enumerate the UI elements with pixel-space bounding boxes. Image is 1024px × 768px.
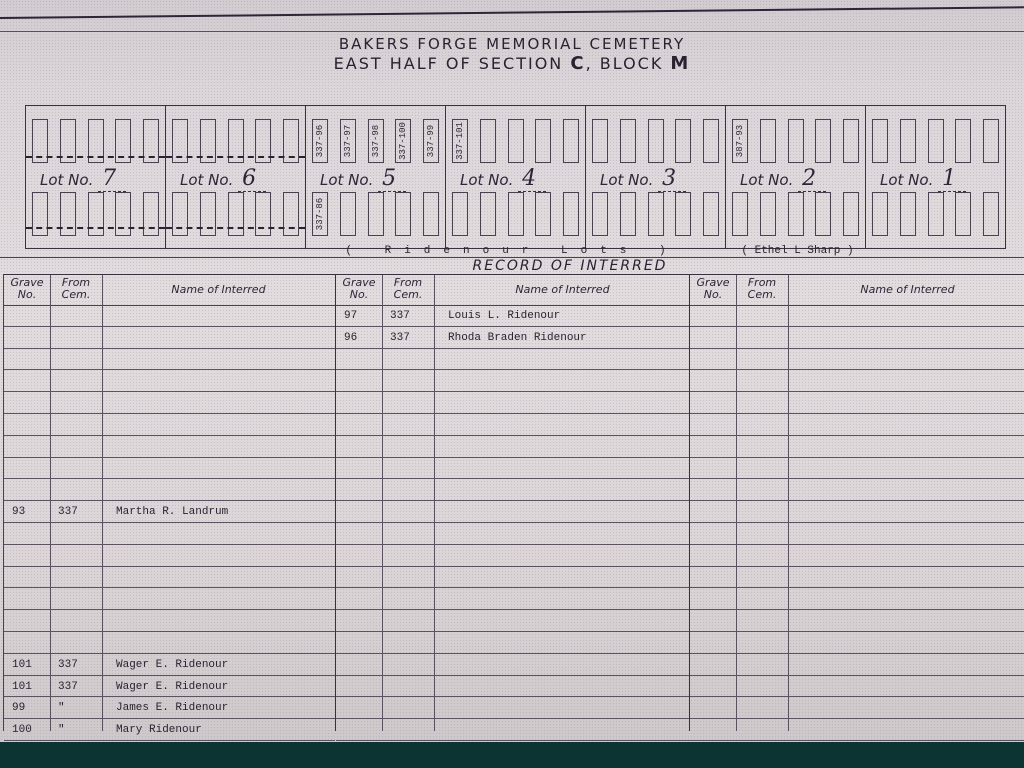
grave-plot: 387-93 [732, 119, 748, 163]
top-rule [0, 6, 1024, 19]
table-row: 99"James E. Ridenour [4, 697, 335, 719]
from-cem: 337 [58, 681, 78, 693]
dashed-line [166, 227, 305, 229]
table-row [336, 436, 690, 458]
grave-label: 337-99 [426, 125, 436, 157]
grave-plot [872, 192, 888, 236]
cemetery-name: BAKERS FORGE MEMORIAL CEMETERY [0, 35, 1024, 53]
grave-plot [703, 192, 719, 236]
table-row [336, 414, 690, 436]
table-row [690, 588, 1024, 610]
lot-label: Lot No. 2 [740, 166, 826, 191]
table-row [336, 458, 690, 480]
table-row [4, 436, 335, 458]
lot-number: 6 [238, 166, 266, 192]
grave-plot [872, 119, 888, 163]
lot-number: 7 [98, 166, 126, 192]
table-row [336, 610, 690, 632]
grave-plot [983, 119, 999, 163]
record-rows: 93337Martha R. Landrum101337Wager E. Rid… [4, 305, 335, 741]
grave-plot [535, 192, 551, 236]
grave-plot [228, 192, 244, 236]
grave-row [592, 192, 719, 236]
interred-name: Martha R. Landrum [116, 506, 228, 518]
table-row [690, 305, 1024, 327]
from-cem: 337 [58, 659, 78, 671]
grave-row [872, 119, 999, 163]
lot-label: Lot No. 3 [600, 166, 686, 191]
grave-plot [955, 119, 971, 163]
grave-plot [115, 192, 131, 236]
grave-plot: 337-101 [452, 119, 468, 163]
interred-name: Louis L. Ridenour [448, 310, 560, 322]
from-cem: 337 [390, 310, 410, 322]
table-row [336, 479, 690, 501]
table-row [4, 610, 335, 632]
table-row: 93337Martha R. Landrum [4, 501, 335, 523]
grave-plot: 337-97 [340, 119, 356, 163]
lot-3: Lot No. 3 [586, 106, 726, 248]
grave-plot: 337-98 [368, 119, 384, 163]
table-row [4, 632, 335, 654]
lot-5: 337-96337-97337-98337-100337-99337-86Lot… [306, 106, 446, 248]
table-row [336, 719, 690, 741]
block-letter: M [670, 53, 690, 74]
grave-plot [592, 192, 608, 236]
column-headers: Grave No.From Cem.Name of Interred [4, 275, 335, 306]
grave-plot [395, 192, 411, 236]
panel-left: Grave No.From Cem.Name of Interred93337M… [4, 275, 335, 731]
grave-plot [788, 192, 804, 236]
table-row [690, 545, 1024, 567]
table-row [4, 588, 335, 610]
table-row [336, 523, 690, 545]
grave-plot [60, 192, 76, 236]
dashed-line [166, 156, 305, 158]
record-rows [690, 305, 1024, 741]
lot-7: Lot No. 7 [26, 106, 166, 248]
grave-plot [955, 192, 971, 236]
grave-row [32, 192, 159, 236]
table-row [690, 479, 1024, 501]
section-letter: C [570, 53, 585, 74]
table-row [336, 501, 690, 523]
grave-row [172, 192, 299, 236]
grave-plot [843, 119, 859, 163]
grave-label: 337-101 [455, 122, 465, 160]
grave-label: 337-97 [343, 125, 353, 157]
from-cem: " [58, 724, 65, 736]
grave-row: 337-96337-97337-98337-100337-99 [312, 119, 439, 163]
grave-plot [648, 119, 664, 163]
interred-name: Mary Ridenour [116, 724, 202, 736]
grave-plot [843, 192, 859, 236]
grave-plot [32, 192, 48, 236]
grave-plot [620, 119, 636, 163]
lot-6: Lot No. 6 [166, 106, 306, 248]
owner-ridenour: ( Ridenour Lots ) [297, 245, 727, 257]
from-cem: 337 [390, 332, 410, 344]
grave-plot [480, 192, 496, 236]
grave-plot [88, 192, 104, 236]
grave-plot [535, 119, 551, 163]
table-row [690, 697, 1024, 719]
grave-row [592, 119, 719, 163]
from-cem: " [58, 702, 65, 714]
grave-plot [900, 119, 916, 163]
section-block-title: EAST HALF OF SECTION C, BLOCK M [0, 53, 1024, 74]
table-row [336, 654, 690, 676]
grave-plot [983, 192, 999, 236]
lot-number: 4 [518, 166, 546, 192]
grave-row: 387-93 [732, 119, 859, 163]
grave-row [732, 192, 859, 236]
lot-label: Lot No. 5 [320, 166, 406, 191]
table-row [690, 501, 1024, 523]
table-row [4, 414, 335, 436]
grave-row [452, 192, 579, 236]
grave-plot [900, 192, 916, 236]
table-row [690, 349, 1024, 371]
grave-plot: 337-86 [312, 192, 328, 236]
table-row [690, 523, 1024, 545]
grave-plot [648, 192, 664, 236]
table-row: 97337Louis L. Ridenour [336, 305, 690, 327]
table-row [690, 719, 1024, 741]
grave-row: 337-101 [452, 119, 579, 163]
table-row [336, 588, 690, 610]
grave-plot: 337-99 [423, 119, 439, 163]
table-row [4, 567, 335, 589]
grave-label: 337-86 [315, 198, 325, 230]
grave-no: 101 [12, 681, 32, 693]
record-title: RECORD OF INTERRED [0, 258, 1024, 274]
lot-number: 1 [938, 166, 966, 192]
lot-owners: ( Ridenour Lots ) ( Ethel L Sharp ) [297, 245, 1004, 257]
grave-no: 97 [344, 310, 357, 322]
panel-right: Grave No.From Cem.Name of Interred [689, 275, 1024, 731]
grave-label: 337-100 [398, 122, 408, 160]
table-row: 100"Mary Ridenour [4, 719, 335, 741]
grave-plot [563, 119, 579, 163]
interred-name: James E. Ridenour [116, 702, 228, 714]
lot-label: Lot No. 4 [460, 166, 546, 191]
grave-plot [675, 192, 691, 236]
table-row: 101337Wager E. Ridenour [4, 676, 335, 698]
lot-4: 337-101Lot No. 4 [446, 106, 586, 248]
background-surface [0, 742, 1024, 768]
table-row [4, 370, 335, 392]
table-row [4, 523, 335, 545]
lot-2: 387-93Lot No. 2 [726, 106, 866, 248]
grave-plot [508, 119, 524, 163]
grave-plot [423, 192, 439, 236]
table-row: 101337Wager E. Ridenour [4, 654, 335, 676]
lot-1: Lot No. 1 [866, 106, 1005, 248]
table-row [690, 370, 1024, 392]
grave-plot [732, 192, 748, 236]
top-rule-2 [0, 31, 1024, 32]
header-grave-no: Grave No. [690, 277, 736, 301]
table-row [4, 305, 335, 327]
table-row [4, 392, 335, 414]
grave-plot [760, 119, 776, 163]
grave-no: 101 [12, 659, 32, 671]
header-from-cem: From Cem. [736, 277, 788, 301]
table-row [336, 545, 690, 567]
header-from-cem: From Cem. [382, 277, 434, 301]
grave-plot [563, 192, 579, 236]
table-row [4, 327, 335, 349]
grave-no: 96 [344, 332, 357, 344]
table-row [4, 458, 335, 480]
grave-plot [620, 192, 636, 236]
header-name: Name of Interred [434, 284, 691, 296]
grave-plot [508, 192, 524, 236]
grave-row: 337-86 [312, 192, 439, 236]
column-headers: Grave No.From Cem.Name of Interred [690, 275, 1024, 306]
grave-row [872, 192, 999, 236]
table-row [690, 414, 1024, 436]
interred-name: Wager E. Ridenour [116, 659, 228, 671]
grave-plot [815, 119, 831, 163]
grave-plot: 337-96 [312, 119, 328, 163]
interred-name: Wager E. Ridenour [116, 681, 228, 693]
grave-plot [760, 192, 776, 236]
table-row [4, 545, 335, 567]
grave-plot [143, 192, 159, 236]
dashed-line [26, 156, 165, 158]
lot-number: 2 [798, 166, 826, 192]
table-row [4, 349, 335, 371]
header-name: Name of Interred [102, 284, 335, 296]
table-row [690, 676, 1024, 698]
table-row [336, 370, 690, 392]
grave-plot [172, 192, 188, 236]
grave-no: 93 [12, 506, 25, 518]
table-row [690, 458, 1024, 480]
record-sheet: BAKERS FORGE MEMORIAL CEMETERY EAST HALF… [0, 0, 1024, 744]
table-row [690, 567, 1024, 589]
grave-plot [928, 192, 944, 236]
column-headers: Grave No.From Cem.Name of Interred [336, 275, 690, 306]
grave-plot [283, 192, 299, 236]
table-row [4, 479, 335, 501]
grave-plot: 337-100 [395, 119, 411, 163]
table-row [336, 349, 690, 371]
table-row [336, 632, 690, 654]
grave-no: 99 [12, 702, 25, 714]
lot-label: Lot No. 6 [180, 166, 266, 191]
lot-plan: Lot No. 7Lot No. 6337-96337-97337-98337-… [25, 105, 1006, 249]
table-row [690, 654, 1024, 676]
table-row [336, 392, 690, 414]
grave-plot [928, 119, 944, 163]
grave-plot [675, 119, 691, 163]
table-row: 96337Rhoda Braden Ridenour [336, 327, 690, 349]
grave-plot [788, 119, 804, 163]
lot-label: Lot No. 1 [880, 166, 966, 191]
interred-table: Grave No.From Cem.Name of Interred93337M… [3, 274, 1024, 731]
header-grave-no: Grave No. [4, 277, 50, 301]
owner-sharp: ( Ethel L Sharp ) [730, 245, 865, 257]
panel-middle: Grave No.From Cem.Name of Interred97337L… [335, 275, 690, 731]
header-from-cem: From Cem. [50, 277, 102, 301]
table-row [690, 436, 1024, 458]
grave-label: 387-93 [735, 125, 745, 157]
grave-plot [703, 119, 719, 163]
grave-label: 337-98 [371, 125, 381, 157]
interred-name: Rhoda Braden Ridenour [448, 332, 587, 344]
grave-plot [255, 192, 271, 236]
table-row [690, 327, 1024, 349]
lot-label: Lot No. 7 [40, 166, 126, 191]
grave-label: 337-96 [315, 125, 325, 157]
table-row [690, 610, 1024, 632]
table-row [690, 632, 1024, 654]
grave-plot [368, 192, 384, 236]
grave-plot [592, 119, 608, 163]
grave-plot [340, 192, 356, 236]
lot-number: 5 [378, 166, 406, 192]
grave-plot [480, 119, 496, 163]
table-row [336, 567, 690, 589]
header-grave-no: Grave No. [336, 277, 382, 301]
lot-number: 3 [658, 166, 686, 192]
from-cem: 337 [58, 506, 78, 518]
grave-plot [200, 192, 216, 236]
table-row [690, 392, 1024, 414]
table-row [336, 697, 690, 719]
record-rows: 97337Louis L. Ridenour96337Rhoda Braden … [336, 305, 690, 741]
dashed-line [26, 227, 165, 229]
grave-plot [452, 192, 468, 236]
grave-no: 100 [12, 724, 32, 736]
grave-plot [815, 192, 831, 236]
table-row [336, 676, 690, 698]
header-name: Name of Interred [788, 284, 1024, 296]
